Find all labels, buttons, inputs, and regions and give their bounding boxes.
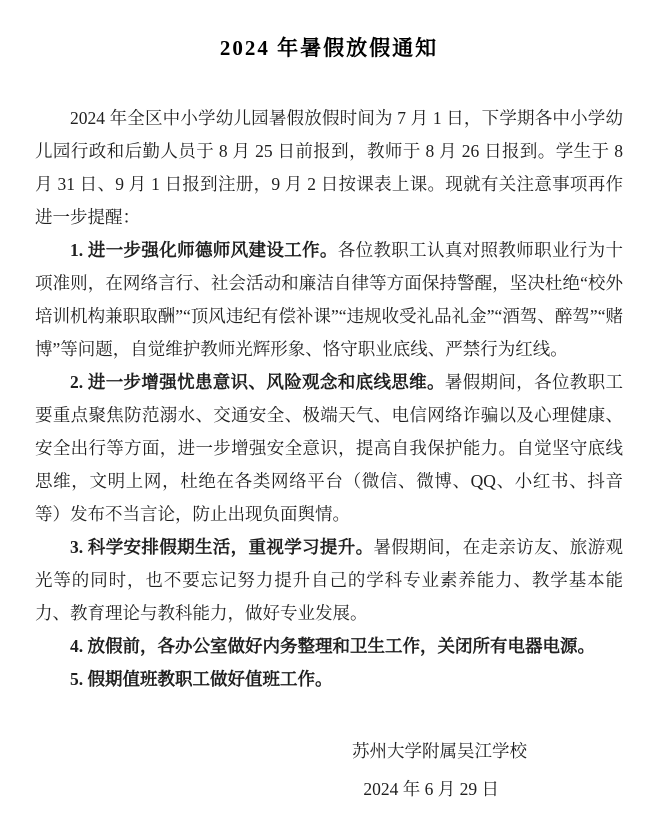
signature-date: 2024 年 6 月 29 日 bbox=[35, 770, 623, 808]
notice-document: 2024 年暑假放假通知 2024 年全区中小学幼儿园暑假放假时间为 7 月 1… bbox=[0, 0, 654, 825]
notice-item-3: 3. 科学安排假期生活，重视学习提升。暑假期间，在走亲访友、旅游观光等的同时，也… bbox=[35, 531, 623, 630]
intro-paragraph: 2024 年全区中小学幼儿园暑假放假时间为 7 月 1 日，下学期各中小学幼儿园… bbox=[35, 102, 623, 234]
document-title: 2024 年暑假放假通知 bbox=[35, 32, 623, 62]
signature-block: 苏州大学附属吴江学校 2024 年 6 月 29 日 bbox=[35, 732, 623, 808]
item-3-lead: 3. 科学安排假期生活，重视学习提升。 bbox=[70, 537, 373, 557]
notice-item-2: 2. 进一步增强忧患意识、风险观念和底线思维。暑假期间，各位教职工要重点聚焦防范… bbox=[35, 366, 623, 531]
notice-item-4: 4. 放假前，各办公室做好内务整理和卫生工作，关闭所有电器电源。 bbox=[35, 630, 623, 663]
document-body: 2024 年全区中小学幼儿园暑假放假时间为 7 月 1 日，下学期各中小学幼儿园… bbox=[35, 102, 623, 696]
item-1-lead: 1. 进一步强化师德师风建设工作。 bbox=[70, 240, 338, 260]
item-2-body: 暑假期间，各位教职工要重点聚焦防范溺水、交通安全、极端天气、电信网络诈骗以及心理… bbox=[35, 372, 623, 524]
signature-school: 苏州大学附属吴江学校 bbox=[35, 732, 623, 770]
item-4-lead: 4. 放假前，各办公室做好内务整理和卫生工作，关闭所有电器电源。 bbox=[70, 636, 595, 656]
intro-text: 2024 年全区中小学幼儿园暑假放假时间为 7 月 1 日，下学期各中小学幼儿园… bbox=[35, 108, 623, 227]
item-5-lead: 5. 假期值班教职工做好值班工作。 bbox=[70, 669, 333, 689]
notice-item-1: 1. 进一步强化师德师风建设工作。各位教职工认真对照教师职业行为十项准则，在网络… bbox=[35, 234, 623, 366]
notice-item-5: 5. 假期值班教职工做好值班工作。 bbox=[35, 663, 623, 696]
item-2-lead: 2. 进一步增强忧患意识、风险观念和底线思维。 bbox=[70, 372, 445, 392]
